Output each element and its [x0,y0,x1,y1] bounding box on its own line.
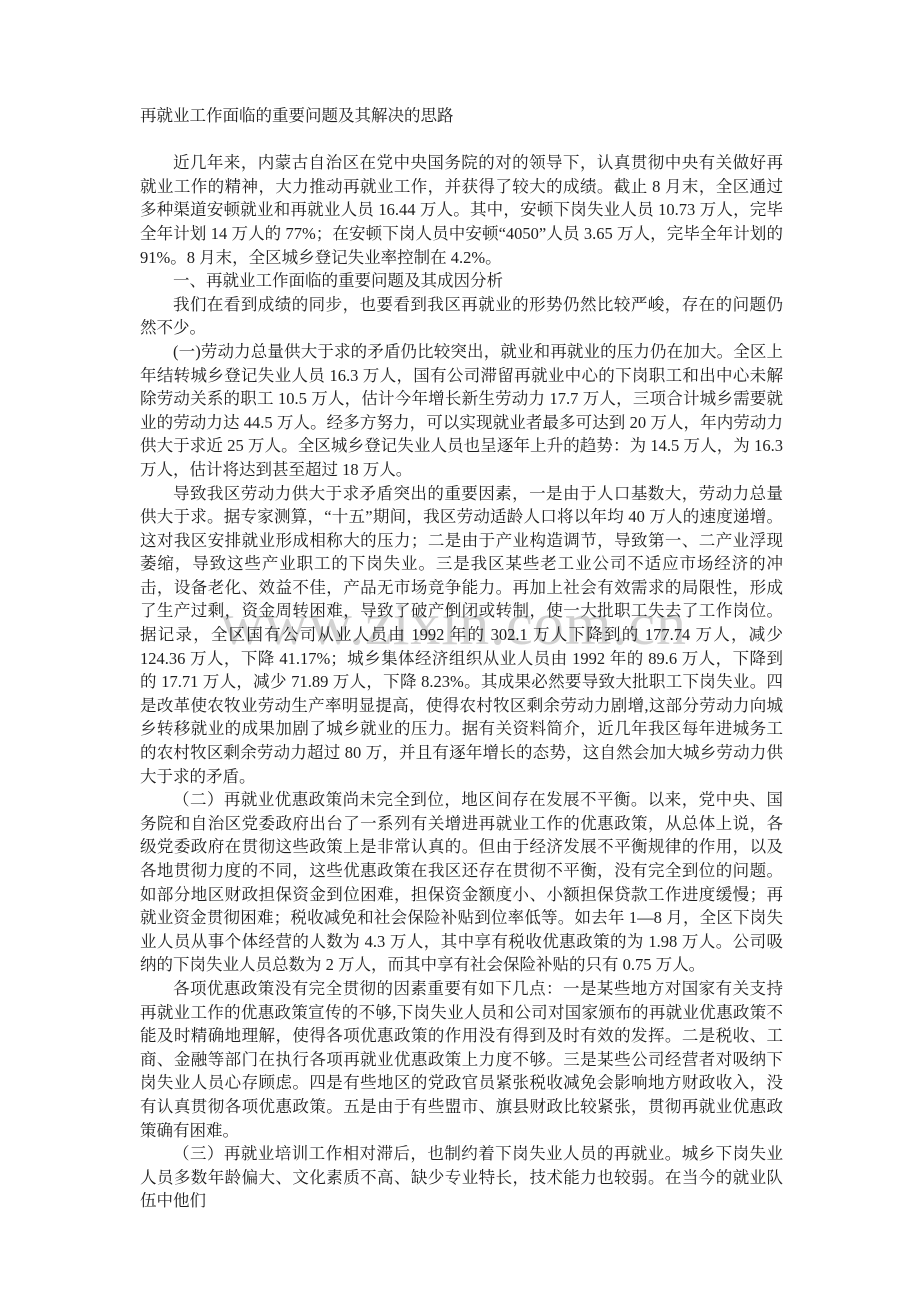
paragraph-issue-1-causes: 导致我区劳动力供大于求矛盾突出的重要因素，一是由于人口基数大，劳动力总量供大于求… [140,482,783,789]
document-page: www.zixin.com.cn 再就业工作面临的重要问题及其解决的思路 近几年… [0,0,920,1302]
document-body: 再就业工作面临的重要问题及其解决的思路 近几年来，内蒙古自治区在党中央国务院的对… [140,104,783,1213]
paragraph-issue-1: (一)劳动力总量供大于求的矛盾仍比较突出，就业和再就业的压力仍在加大。全区上年结… [140,340,783,482]
paragraph-overview: 我们在看到成绩的同步，也要看到我区再就业的形势仍然比较严峻，存在的问题仍然不少。 [140,293,783,340]
section-heading-1: 一、再就业工作面临的重要问题及其成因分析 [140,269,783,293]
paragraph-intro: 近几年来，内蒙古自治区在党中央国务院的对的领导下，认真贯彻中央有关做好再就业工作… [140,151,783,269]
paragraph-issue-2-reasons: 各项优惠政策没有完全贯彻的因素重要有如下几点：一是某些地方对国家有关支持再就业工… [140,977,783,1142]
paragraph-issue-2: （二）再就业优惠政策尚未完全到位，地区间存在发展不平衡。以来，党中央、国务院和自… [140,788,783,977]
paragraph-issue-3: （三）再就业培训工作相对滞后，也制约着下岗失业人员的再就业。城乡下岗失业人员多数… [140,1142,783,1213]
document-title: 再就业工作面临的重要问题及其解决的思路 [140,104,783,128]
